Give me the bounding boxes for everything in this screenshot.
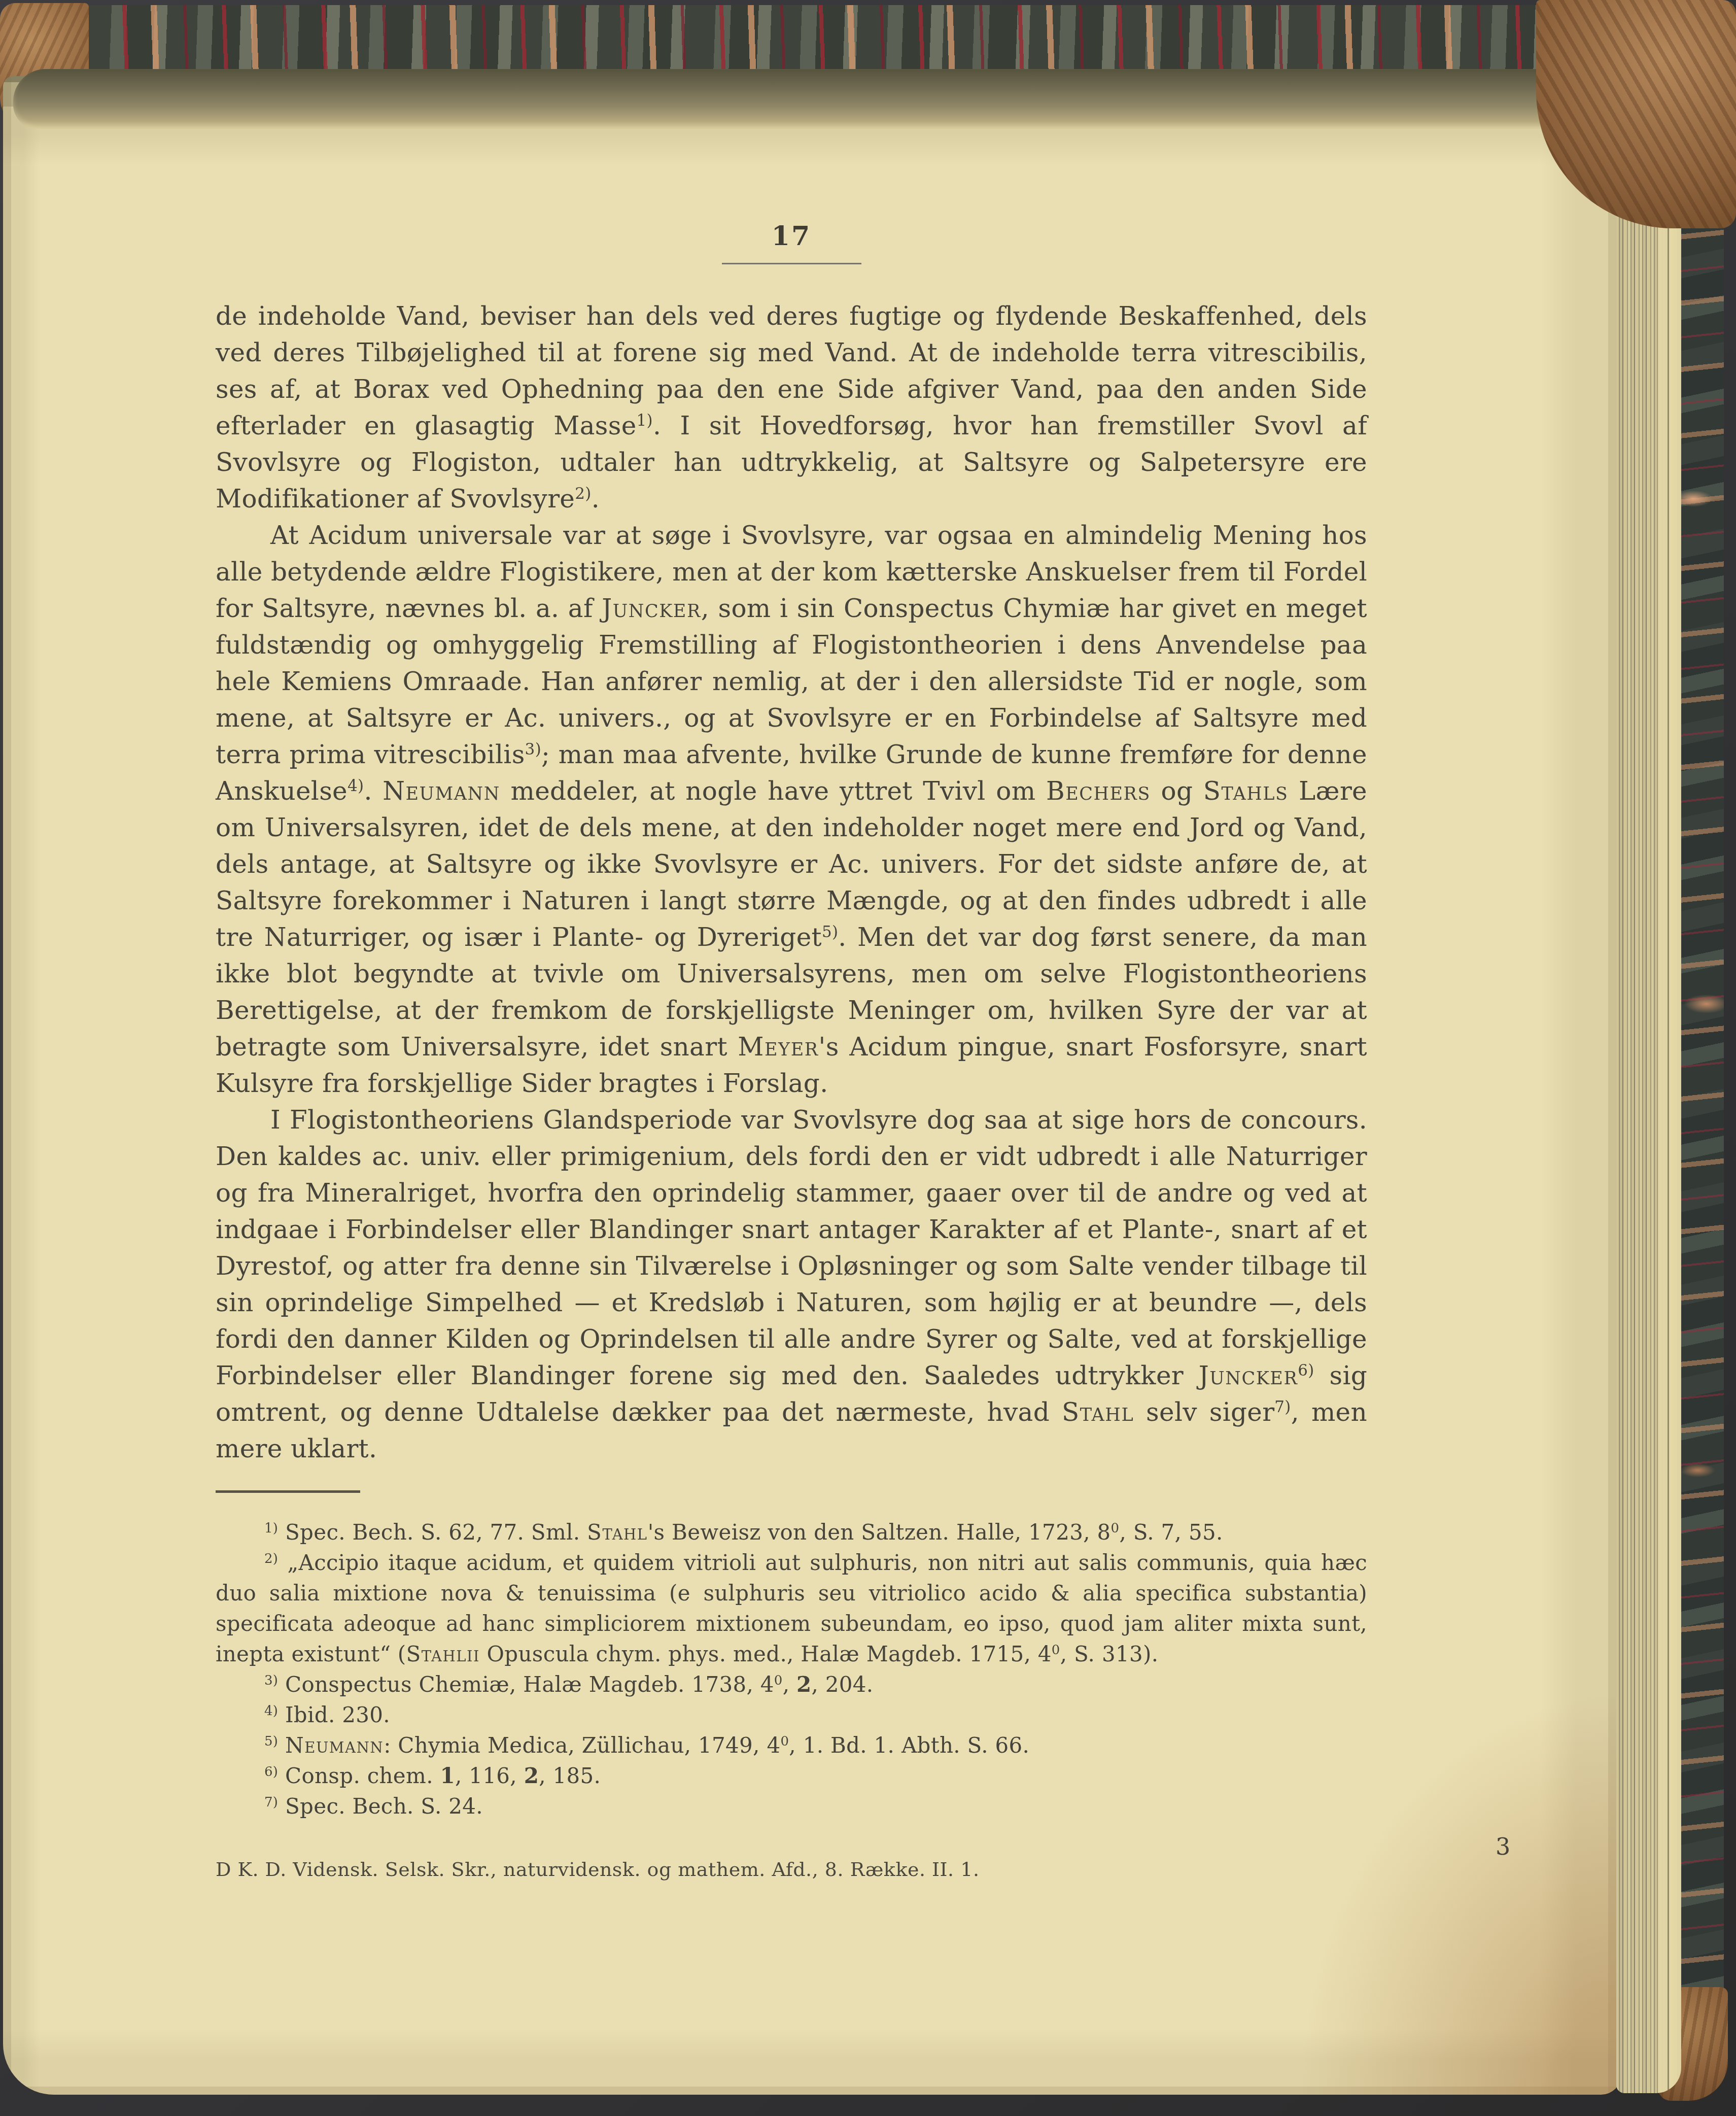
marbled-cover-right-edge: [1680, 71, 1724, 2015]
fore-edge-page-stack: [1616, 89, 1681, 2093]
body-text: de indeholde Vand, beviser han dels ved …: [216, 298, 1367, 1467]
footnote-7: 7) Spec. Bech. S. 24.: [216, 1791, 1367, 1822]
footnote-3: 3) Conspectus Chemiæ, Halæ Magdeb. 1738,…: [216, 1669, 1367, 1700]
marbled-cover-top-edge: [25, 5, 1618, 79]
body-paragraph-1: de indeholde Vand, beviser han dels ved …: [216, 298, 1367, 517]
page-signature-number: 3: [1496, 1833, 1510, 1860]
footnote-separator: [216, 1490, 360, 1493]
footnote-2: 2) „Accipio itaque acidum, et quidem vit…: [216, 1548, 1367, 1669]
page-text-block: 17 de indeholde Vand, beviser han dels v…: [216, 218, 1367, 1822]
body-paragraph-2: At Acidum universale var at søge i Svovl…: [216, 517, 1367, 1102]
body-paragraph-3: I Flogistontheoriens Glandsperiode var S…: [216, 1102, 1367, 1467]
footnote-4: 4) Ibid. 230.: [216, 1700, 1367, 1730]
page-header: 17: [216, 218, 1367, 264]
page-top-roll-shadow: [13, 69, 1666, 129]
footnotes-block: 1) Spec. Bech. S. 62, 77. Sml. Stahl's B…: [216, 1517, 1367, 1822]
footer-series-line: D K. D. Vidensk. Selsk. Skr., naturviden…: [216, 1858, 980, 1881]
page-number-rule: [722, 263, 861, 264]
page-number: 17: [216, 218, 1367, 255]
footnote-5: 5) Neumann: Chymia Medica, Züllichau, 17…: [216, 1730, 1367, 1761]
footnote-6: 6) Consp. chem. 1, 116, 2, 185.: [216, 1761, 1367, 1791]
book-scan: 17 de indeholde Vand, beviser han dels v…: [0, 0, 1736, 2116]
footnote-1: 1) Spec. Bech. S. 62, 77. Sml. Stahl's B…: [216, 1517, 1367, 1548]
